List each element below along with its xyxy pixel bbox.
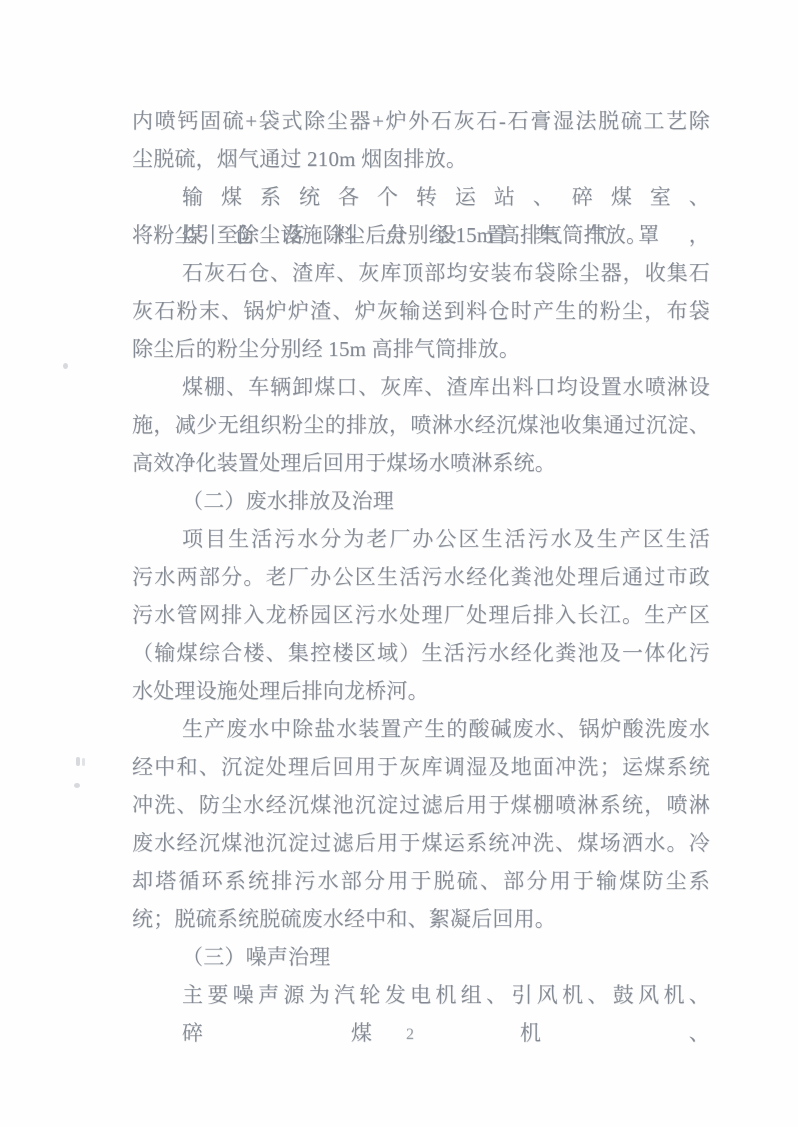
text-line: 冲洗、防尘水经沉煤池沉淀过滤后用于煤棚喷淋系统，喷淋 — [132, 786, 710, 824]
text-line: 污水两部分。老厂办公区生活污水经化粪池处理后通过市政 — [132, 558, 710, 596]
text-line: （输煤综合楼、集控楼区域）生活污水经化粪池及一体化污 — [132, 634, 710, 672]
scan-speck — [74, 783, 80, 788]
text-line: 灰石粉末、锅炉炉渣、炉灰输送到料仓时产生的粉尘，布袋 — [132, 292, 710, 330]
text-line: 主要噪声源为汽轮发电机组、引风机、鼓风机、碎煤机、 — [132, 976, 710, 1014]
text-line: 石灰石仓、渣库、灰库顶部均安装布袋除尘器，收集石 — [132, 254, 710, 292]
scan-speck — [76, 757, 80, 766]
scan-speck — [63, 363, 68, 369]
text-line: 污水管网排入龙桥园区污水处理厂处理后排入长江。生产区 — [132, 596, 710, 634]
body-text: 内喷钙固硫+袋式除尘器+炉外石灰石-石膏湿法脱硫工艺除尘脱硫，烟气通过 210m… — [132, 102, 710, 1014]
text-line: 煤棚、车辆卸煤口、灰库、渣库出料口均设置水喷淋设 — [132, 368, 710, 406]
text-line: 生产废水中除盐水装置产生的酸碱废水、锅炉酸洗废水 — [132, 710, 710, 748]
text-line: （三）噪声治理 — [132, 938, 710, 976]
text-line: 项目生活污水分为老厂办公区生活污水及生产区生活 — [132, 520, 710, 558]
text-line: （二）废水排放及治理 — [132, 482, 710, 520]
scan-speck — [82, 758, 85, 766]
page-number: 2 — [0, 1026, 798, 1044]
text-line: 内喷钙固硫+袋式除尘器+炉外石灰石-石膏湿法脱硫工艺除 — [132, 102, 710, 140]
text-line: 统；脱硫系统脱硫废水经中和、絮凝后回用。 — [132, 900, 710, 938]
text-line: 经中和、沉淀处理后回用于灰库调湿及地面冲洗；运煤系统 — [132, 748, 710, 786]
text-line: 输煤系统各个转运站、碎煤室、煤仓落料点设置集气罩， — [132, 178, 710, 216]
text-line: 尘脱硫，烟气通过 210m 烟囱排放。 — [132, 140, 710, 178]
text-line: 除尘后的粉尘分别经 15m 高排气筒排放。 — [132, 330, 710, 368]
text-line: 废水经沉煤池沉淀过滤后用于煤运系统冲洗、煤场洒水。冷 — [132, 824, 710, 862]
text-line: 施，减少无组织粉尘的排放，喷淋水经沉煤池收集通过沉淀、 — [132, 406, 710, 444]
document-page: 内喷钙固硫+袋式除尘器+炉外石灰石-石膏湿法脱硫工艺除尘脱硫，烟气通过 210m… — [0, 0, 798, 1127]
text-line: 却塔循环系统排污水部分用于脱硫、部分用于输煤防尘系 — [132, 862, 710, 900]
text-line: 将粉尘引至除尘设施除尘后分别经 15m 高排气筒排放。 — [132, 216, 710, 254]
text-line: 高效净化装置处理后回用于煤场水喷淋系统。 — [132, 444, 710, 482]
text-line: 水处理设施处理后排向龙桥河。 — [132, 672, 710, 710]
